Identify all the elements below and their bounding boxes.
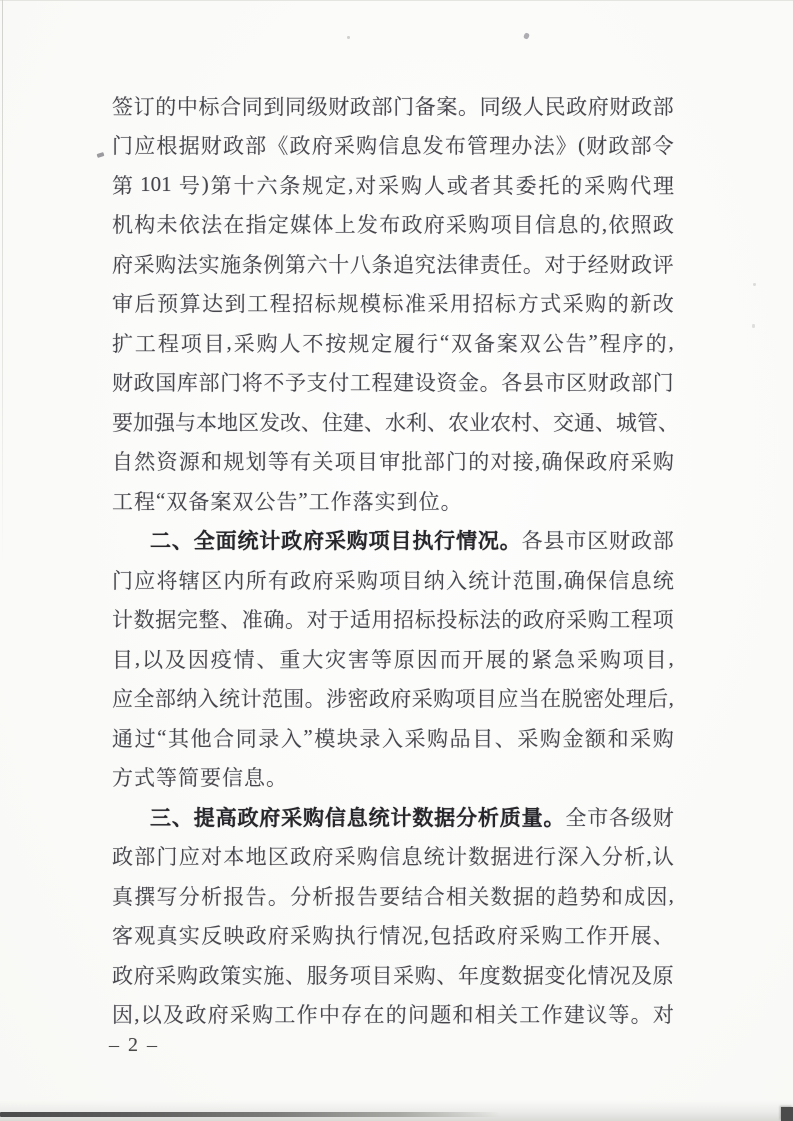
text-line: 审后预算达到工程招标规模标准采用招标方式采购的新改 xyxy=(112,284,674,324)
text-line: 门应根据财政部《政府采购信息发布管理办法》(财政部令 xyxy=(112,126,674,166)
text-line: 财政国库部门将不予支付工程建设资金。各县市区财政部门 xyxy=(112,363,674,403)
text-line: 真撰写分析报告。分析报告要结合相关数据的趋势和成因, xyxy=(112,876,674,916)
scanned-document-page: 签订的中标合同到同级财政部门备案。同级人民政府财政部门应根据财政部《政府采购信息… xyxy=(0,0,793,1121)
text-line: 因,以及政府采购工作中存在的问题和相关工作建议等。对 xyxy=(112,995,674,1035)
text-line: 自然资源和规划等有关项目审批部门的对接,确保政府采购 xyxy=(112,442,674,482)
scan-corner-mark xyxy=(781,1107,793,1121)
document-body: 签订的中标合同到同级财政部门备案。同级人民政府财政部门应根据财政部《政府采购信息… xyxy=(112,86,674,1034)
scan-margin-mark xyxy=(97,152,105,158)
text-line: 机构未依法在指定媒体上发布政府采购项目信息的,依照政 xyxy=(112,205,674,245)
text-line: 客观真实反映政府采购执行情况,包括政府采购工作开展、 xyxy=(112,916,674,956)
text-line: 政部门应对本地区政府采购信息统计数据进行深入分析,认 xyxy=(112,837,674,877)
text-line: 计数据完整、准确。对于适用招标投标法的政府采购工程项 xyxy=(112,600,674,640)
text-line: 工程“双备案双公告”工作落实到位。 xyxy=(112,481,674,521)
scan-speck xyxy=(752,324,755,328)
scan-left-edge-line xyxy=(2,0,3,560)
text-line: 应全部纳入统计范围。涉密政府采购项目应当在脱密处理后, xyxy=(112,679,674,719)
text-line: 府采购法实施条例第六十八条追究法律责任。对于经财政评 xyxy=(112,244,674,284)
scan-speck xyxy=(347,36,350,39)
scan-speck xyxy=(523,32,530,40)
text-line: 二、全面统计政府采购项目执行情况。各县市区财政部 xyxy=(112,521,674,561)
text-line: 第 101 号)第十六条规定,对采购人或者其委托的采购代理 xyxy=(112,165,674,205)
text-line: 方式等简要信息。 xyxy=(112,758,674,798)
text-line: 要加强与本地区发改、住建、水利、农业农村、交通、城管、 xyxy=(112,402,674,442)
scan-top-edge-line xyxy=(0,0,793,1)
text-line: 目,以及因疫情、重大灾害等原因而开展的紧急采购项目, xyxy=(112,639,674,679)
text-line: 政府采购政策实施、服务项目采购、年度数据变化情况及原 xyxy=(112,955,674,995)
text-line: 签订的中标合同到同级财政部门备案。同级人民政府财政部 xyxy=(112,86,674,126)
page-number: – 2 – xyxy=(104,1034,164,1056)
text-line: 扩工程项目,采购人不按规定履行“双备案双公告”程序的, xyxy=(112,323,674,363)
scan-speck xyxy=(753,283,756,286)
text-line: 通过“其他合同录入”模块录入采购品目、采购金额和采购 xyxy=(112,718,674,758)
text-line: 门应将辖区内所有政府采购项目纳入统计范围,确保信息统 xyxy=(112,560,674,600)
scan-bottom-dark-strip xyxy=(0,1112,500,1117)
scan-bottom-shadow-band xyxy=(0,1100,793,1121)
text-line: 三、提高政府采购信息统计数据分析质量。全市各级财 xyxy=(112,797,674,837)
